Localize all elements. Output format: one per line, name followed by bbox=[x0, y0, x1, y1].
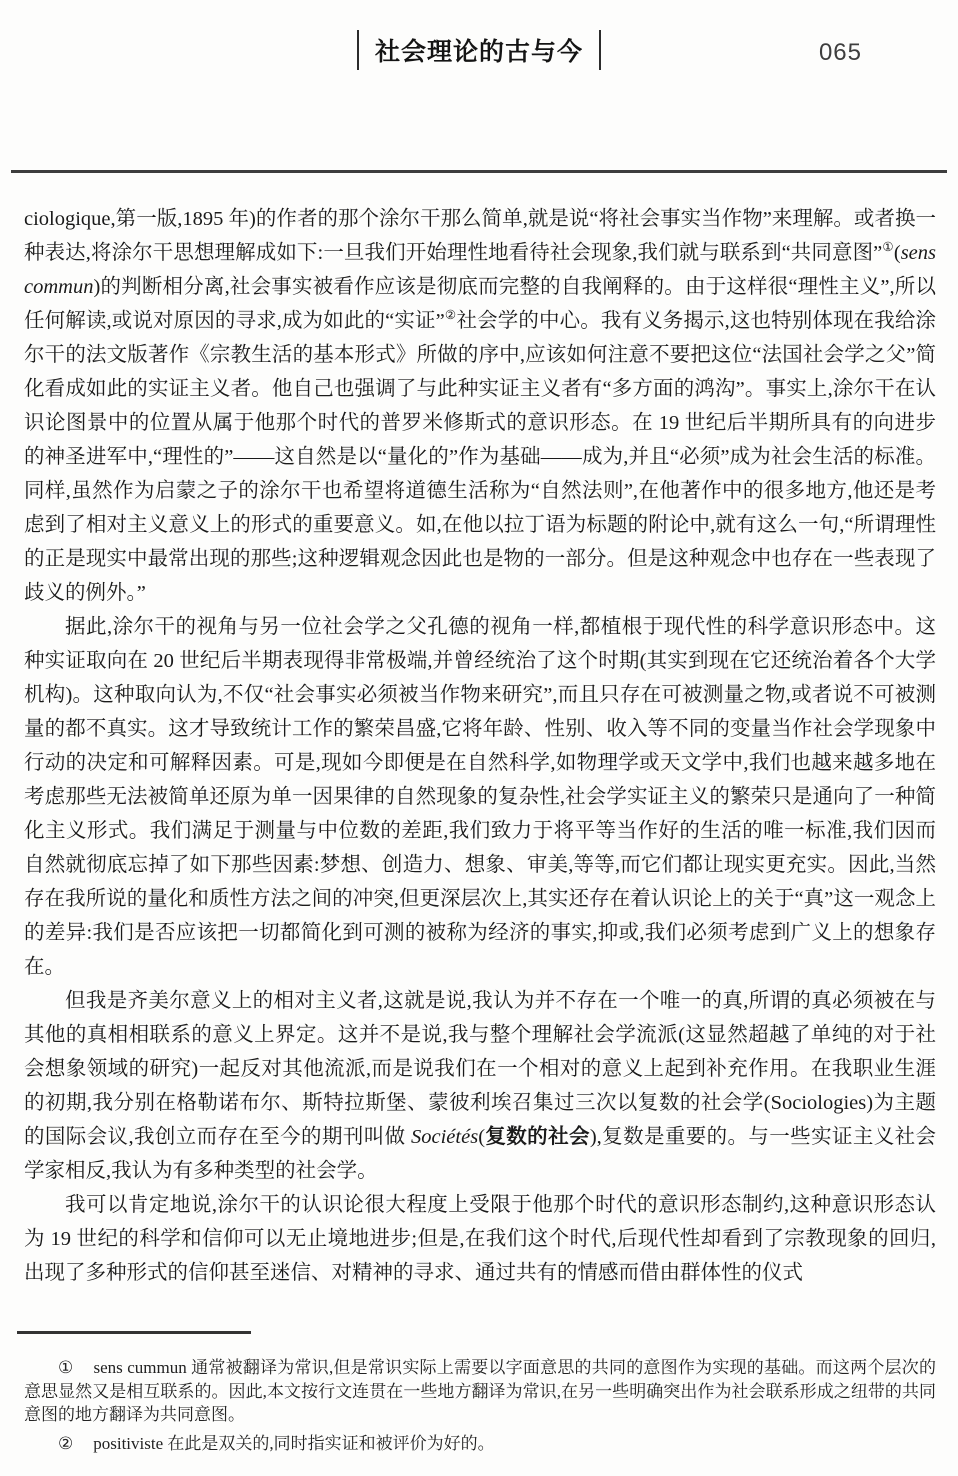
text-segment: 据此,涂尔干的视角与另一位社会学之父孔德的视角一样,都植根于现代性的科学意识形态… bbox=[24, 616, 936, 978]
text-segment: sens cummun 通常被翻译为常识,但是常识实际上需要以字面意思的共同的意… bbox=[24, 1358, 936, 1424]
page-number: 065 bbox=[819, 39, 862, 67]
paragraph: 我可以肯定地说,涂尔干的认识论很大程度上受限于他那个时代的意识形态制约,这种意识… bbox=[24, 1188, 936, 1290]
footnotes: ①sens cummun 通常被翻译为常识,但是常识实际上需要以字面意思的共同的… bbox=[24, 1356, 936, 1460]
text-segment: 但我是齐美尔意义上的相对主义者,这就是说,我认为并不存在一个唯一的真,所谓的真必… bbox=[24, 990, 936, 1148]
paragraph: 但我是齐美尔意义上的相对主义者,这就是说,我认为并不存在一个唯一的真,所谓的真必… bbox=[24, 984, 936, 1188]
footnote-rule bbox=[17, 1331, 251, 1334]
title-right-bar bbox=[599, 30, 601, 70]
running-title-text: 社会理论的古与今 bbox=[375, 32, 583, 68]
paragraph: ciologique,第一版,1895 年)的作者的那个涂尔干那么简单,就是说“… bbox=[24, 202, 936, 610]
footnote-marker: ② bbox=[58, 1434, 73, 1453]
text-segment-sup: ② bbox=[445, 308, 457, 322]
header-rule bbox=[11, 170, 947, 173]
page-header: 社会理论的古与今 065 bbox=[0, 30, 958, 74]
text-segment: 社会学的中心。我有义务揭示,这也特别体现在我给涂尔干的法文版著作《宗教生活的基本… bbox=[24, 310, 936, 604]
text-segment-sup: ① bbox=[882, 240, 894, 254]
text-segment-italic: Sociétés bbox=[411, 1126, 478, 1148]
text-segment-bold: 复数的社会 bbox=[485, 1126, 590, 1148]
title-left-bar bbox=[357, 30, 359, 70]
text-segment: positiviste 在此是双关的,同时指实证和被评价为好的。 bbox=[93, 1434, 494, 1453]
body-text: ciologique,第一版,1895 年)的作者的那个涂尔干那么简单,就是说“… bbox=[24, 202, 936, 1290]
text-segment: ciologique,第一版,1895 年)的作者的那个涂尔干那么简单,就是说“… bbox=[24, 208, 936, 264]
paragraph: 据此,涂尔干的视角与另一位社会学之父孔德的视角一样,都植根于现代性的科学意识形态… bbox=[24, 610, 936, 984]
running-title: 社会理论的古与今 bbox=[0, 30, 958, 70]
text-segment: ( bbox=[478, 1126, 485, 1148]
text-segment: ( bbox=[894, 242, 901, 264]
footnote: ①sens cummun 通常被翻译为常识,但是常识实际上需要以字面意思的共同的… bbox=[24, 1356, 936, 1427]
footnote: ②positiviste 在此是双关的,同时指实证和被评价为好的。 bbox=[24, 1432, 936, 1456]
text-segment: 我可以肯定地说,涂尔干的认识论很大程度上受限于他那个时代的意识形态制约,这种意识… bbox=[24, 1194, 936, 1284]
book-page: 社会理论的古与今 065 ciologique,第一版,1895 年)的作者的那… bbox=[0, 0, 958, 1476]
footnote-marker: ① bbox=[58, 1358, 73, 1377]
